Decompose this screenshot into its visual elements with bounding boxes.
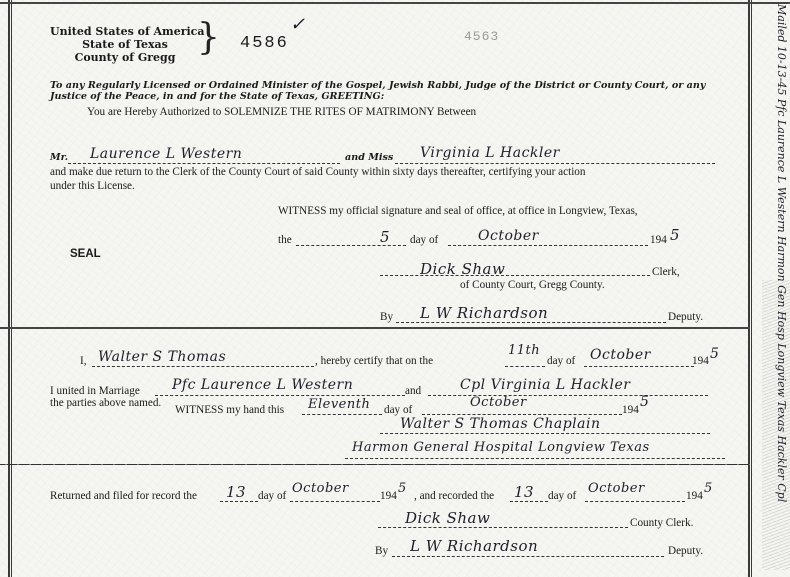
returned-month-handwritten: October [292,481,349,496]
returned-day-line [220,501,258,502]
returned-day-of-label: day of [258,490,286,502]
officiant-signature: Walter S Thomas Chaplain [400,416,601,432]
license-day-handwritten: 5 [380,228,390,246]
by-label: By [380,311,393,323]
deputy-signature: L W Richardson [420,304,548,322]
return-deputy-signature: L W Richardson [410,537,538,555]
returned-day-handwritten: 13 [226,483,246,501]
witness-day-line [302,414,382,415]
cert-day-handwritten: 11th [508,343,540,358]
recorded-year-digit: 5 [704,481,713,496]
month-line [448,245,648,246]
bride-name-handwritten: Virginia L Hackler [420,145,560,161]
year-prefix: 194 [650,234,667,246]
brace-glyph: } [197,20,220,56]
cert-day-line [505,366,545,367]
date-the-label: the [278,234,292,246]
groom-name-handwritten: Laurence L Western [90,146,242,162]
parties-above-named-label: the parties above named. [50,397,161,409]
jurisdiction-country: United States of America [50,25,200,38]
county-clerk-label: County Clerk. [630,517,693,529]
cert-groom-line [155,395,405,396]
return-clerk-signature: Dick Shaw [405,509,490,527]
recorded-month-handwritten: October [588,481,645,496]
return-clerk-line [378,527,628,528]
address-line-2: Justice of the Peace, in and for the Sta… [50,91,384,102]
recorded-label: , and recorded the [414,490,494,502]
return-deputy-label: Deputy. [668,545,703,557]
cert-year-digit: 5 [710,346,719,362]
jurisdiction-county: County of Gregg [50,51,200,64]
margin-handwritten-note: Mailed 10-13-45 Pfc Laurence L Western H… [752,4,788,574]
officiant-location: Harmon General Hospital Longview Texas [352,440,650,455]
clerk-label: Clerk, [652,266,680,278]
bride-name-line [395,163,715,164]
recorded-day-line [510,501,548,502]
cert-witness-label: WITNESS my hand this [175,404,284,416]
returned-month-line [290,501,380,502]
recorded-day-handwritten: 13 [514,483,534,501]
seal-label: SEAL [70,248,101,260]
section-divider-1 [0,327,750,329]
groom-prefix: Mr. [50,152,68,163]
cert-year-prefix: 194 [692,355,709,367]
official-witness-line: WITNESS my official signature and seal o… [278,205,638,217]
officiant-location-line [345,458,725,459]
officiant-signature-line [380,433,710,434]
returned-year-digit: 5 [398,481,407,496]
bride-prefix: and Miss [345,152,393,163]
groom-name-line [68,163,340,164]
cert-and-label: and [405,385,421,397]
section-divider-2 [0,464,750,465]
left-border-rule [8,0,10,577]
deputy-label: Deputy. [668,311,703,323]
faint-stamp-number: 4563 [464,29,499,44]
return-deputy-line [392,556,664,557]
jurisdiction-block: United States of America State of Texas … [50,25,200,64]
recorded-month-line [585,501,685,502]
returned-year-prefix: 194 [380,490,397,502]
recorded-day-of-label: day of [548,490,576,502]
returned-label: Returned and filed for record the [50,490,197,502]
day-of-label: day of [410,234,438,246]
jurisdiction-state: State of Texas [50,38,200,51]
checkmark-icon: ✓ [290,14,306,35]
cert-month-line [584,366,694,367]
clerk-signature: Dick Shaw [420,260,505,278]
witness-month-line [422,414,622,415]
return-line-2: under this License. [50,180,135,192]
i-label: I, [80,355,87,367]
united-in-marriage-label: I united in Marriage [50,385,140,397]
recorded-year-prefix: 194 [686,490,703,502]
license-month-handwritten: October [478,228,539,244]
deputy-signature-line [396,322,666,323]
cert-groom-handwritten: Pfc Laurence L Western [172,377,353,393]
left-border-rule-inner [11,0,12,577]
top-rule [0,2,790,4]
cert-bride-handwritten: Cpl Virginia L Hackler [460,377,630,393]
clerk-office: of County Court, Gregg County. [460,279,605,291]
witness-year-digit: 5 [640,394,649,410]
witness-month-handwritten: October [470,395,527,410]
year-digit-handwritten: 5 [670,226,680,244]
witness-day-of-label: day of [384,404,412,416]
authorization-text: You are Hereby Authorized to SOLEMNIZE T… [87,106,476,118]
address-line-1: To any Regularly Licensed or Ordained Mi… [50,80,705,91]
return-line-1: and make due return to the Clerk of the … [50,166,586,178]
license-number: 4586 [240,34,289,53]
cert-month-handwritten: October [590,347,651,363]
officiant-name-handwritten: Walter S Thomas [98,349,226,365]
cert-day-of-label: day of [547,355,575,367]
witness-year-prefix: 194 [622,404,639,416]
certify-text: , hereby certify that on the [315,355,433,367]
witness-day-handwritten: Eleventh [308,397,370,412]
officiant-name-line [92,366,314,367]
return-by-label: By [375,545,388,557]
marriage-license-document: United States of America State of Texas … [0,0,790,577]
right-border-rule [748,0,750,577]
